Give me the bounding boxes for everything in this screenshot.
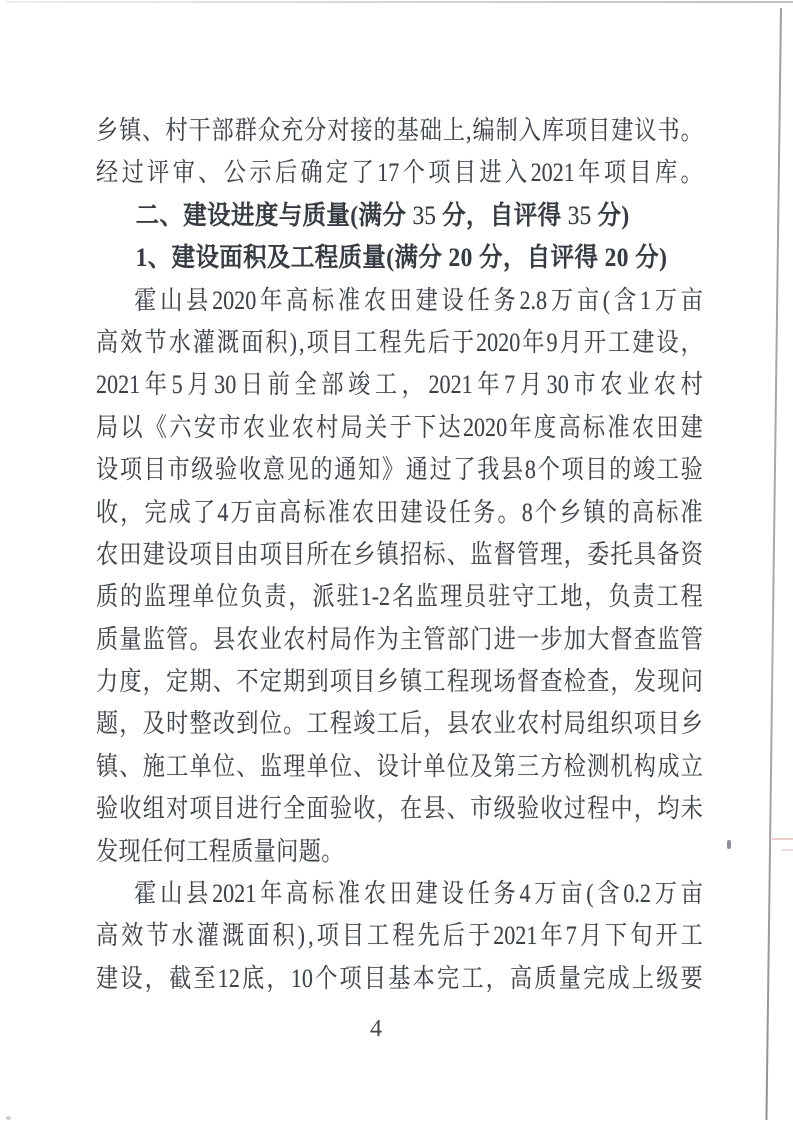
section-heading-text: 分) <box>591 201 629 230</box>
paragraph-line: 建设，截至12底，10个项目基本完工，高质量完成上级要 <box>96 958 703 1000</box>
section-self-score-value: 35 <box>568 201 591 230</box>
section-full-score-value: 35 <box>413 201 436 230</box>
paragraph-line: 镇、施工单位、监理单位、设计单位及第三方检测机构成立 <box>96 746 703 788</box>
paragraph-line: 收，完成了4万亩高标准农田建设任务。8个乡镇的高标准 <box>96 492 703 534</box>
paragraph-last-line: 发现任何工程质量问题。 <box>96 831 703 873</box>
paragraph-line: 局以《六安市农业农村局关于下达2020年度高标准农田建 <box>96 407 703 449</box>
paragraph-line: 验收组对项目进行全面验收，在县、市级验收过程中，均未 <box>96 788 703 830</box>
scan-artifact-pink-mark <box>782 849 793 851</box>
paragraph-line: 农田建设项目由项目所在乡镇招标、监督管理，委托具备资 <box>96 534 703 576</box>
subsection-heading: 1、建设面积及工程质量(满分 20 分，自评得 20 分) <box>96 237 739 279</box>
section-heading: 二、建设进度与质量(满分 35 分，自评得 35 分) <box>96 195 739 237</box>
page-number: 4 <box>370 1016 382 1042</box>
paragraph-line: 题，及时整改到位。工程竣工后，县农业农村局组织项目乡 <box>96 703 703 745</box>
document-body: 乡镇、村干部群众充分对接的基础上,编制入库项目建议书。 经过评审、公示后确定了1… <box>96 110 703 1000</box>
scanned-document-page: 乡镇、村干部群众充分对接的基础上,编制入库项目建议书。 经过评审、公示后确定了1… <box>0 0 793 1122</box>
paragraph-line: 质的监理单位负责，派驻1-2名监理员驻守工地，负责工程 <box>96 576 703 618</box>
paragraph-line: 经过评审、公示后确定了17个项目进入2021年项目库。 <box>96 152 703 194</box>
paragraph-line: 乡镇、村干部群众充分对接的基础上,编制入库项目建议书。 <box>96 110 703 152</box>
scan-artifact-pink-mark <box>772 838 793 840</box>
page-footer: 4 <box>96 1014 656 1044</box>
paragraph-line: 高效节水灌溉面积),项目工程先后于2021年7月下旬开工 <box>96 915 703 957</box>
paragraph-line: 2021年5月30日前全部竣工，2021年7月30市农业农村 <box>96 364 703 406</box>
paragraph-line: 高效节水灌溉面积),项目工程先后于2020年9月开工建设， <box>96 322 703 364</box>
section-heading-text: 分，自评得 <box>436 201 568 230</box>
scan-edge-top-line <box>6 1 793 3</box>
paragraph-line: 设项目市级验收意见的通知》通过了我县8个项目的竣工验 <box>96 449 703 491</box>
scan-artifact-corner-dot <box>6 1116 11 1120</box>
paragraph-first-line: 霍山县2021年高标准农田建设任务4万亩(含0.2万亩 <box>96 873 703 915</box>
paragraph-line: 力度，定期、不定期到项目乡镇工程现场督查检查，发现问 <box>96 661 703 703</box>
paragraph-line: 质量监管。县农业农村局作为主管部门进一步加大督查监管 <box>96 619 703 661</box>
scan-edge-right-line <box>765 8 782 1120</box>
paragraph-first-line: 霍山县2020年高标准农田建设任务2.8万亩(含1万亩 <box>96 280 703 322</box>
scan-artifact-ink-speck <box>727 840 731 849</box>
section-heading-text: 二、建设进度与质量(满分 <box>136 201 413 230</box>
